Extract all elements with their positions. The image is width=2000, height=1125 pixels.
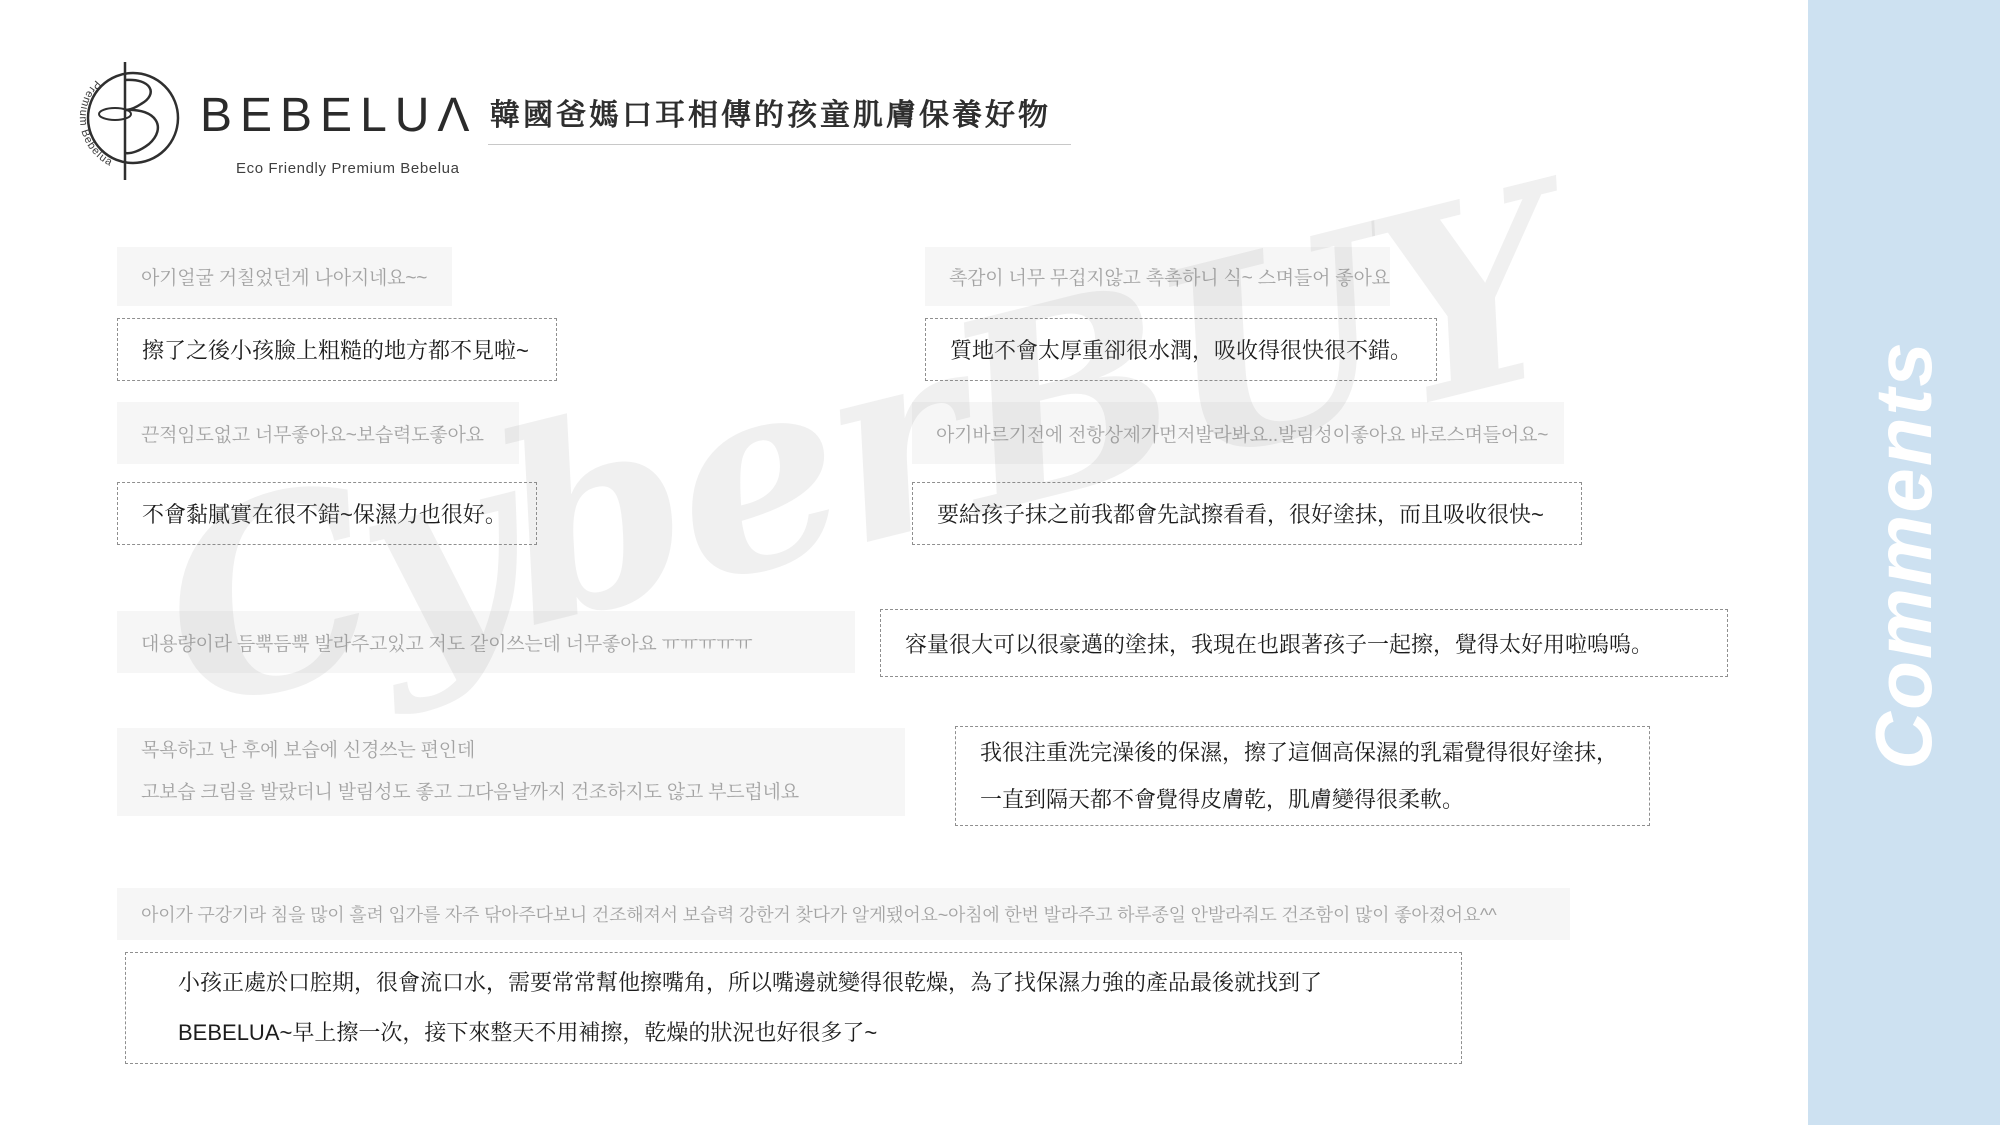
comment-chinese-4: 要給孩子抹之前我都會先試擦看看，很好塗抹，而且吸收很快~: [912, 482, 1582, 545]
brand-logo-icon: Premium Bebelua: [55, 52, 211, 192]
comment-korean-4: 아기바르기전에 전항상제가먼저발라봐요..발림성이좋아요 바로스며들어요~: [912, 402, 1564, 464]
comment-chinese-2: 質地不會太厚重卻很水潤，吸收得很快很不錯。: [925, 318, 1437, 381]
comment-korean-6: 목욕하고 난 후에 보습에 신경쓰는 편인데 고보습 크림을 발랐더니 발림성도…: [117, 728, 905, 816]
comment-korean-3: 끈적임도없고 너무좋아요~보습력도좋아요: [117, 402, 519, 464]
comment-korean-1: 아기얼굴 거칠었던게 나아지네요~~: [117, 247, 452, 306]
comment-chinese-3: 不會黏膩實在很不錯~保濕力也很好。: [117, 482, 537, 545]
comment-chinese-5: 容量很大可以很豪邁的塗抹，我現在也跟著孩子一起擦，覺得太好用啦嗚嗚。: [880, 609, 1728, 677]
brand-wordmark: BEBELUΛ: [200, 88, 477, 143]
comment-korean-2: 촉감이 너무 무겁지않고 촉촉하니 식~ 스며들어 좋아요: [925, 247, 1390, 306]
page-title: 韓國爸媽口耳相傳的孩童肌膚保養好物: [490, 90, 1051, 134]
logo-ring-text: Premium Bebelua: [77, 78, 115, 169]
comment-korean-5: 대용량이라 듬뿍듬뿍 발라주고있고 저도 같이쓰는데 너무좋아요 ㅠㅠㅠㅠㅠ: [117, 611, 855, 673]
comments-sidebar: Comments: [1808, 0, 2000, 1125]
title-underline: [488, 144, 1071, 145]
comment-chinese-6: 我很注重洗完澡後的保濕，擦了這個高保濕的乳霜覺得很好塗抹， 一直到隔天都不會覺得…: [955, 726, 1650, 826]
comment-chinese-1: 擦了之後小孩臉上粗糙的地方都不見啦~: [117, 318, 557, 381]
comments-sidebar-label: Comments: [1858, 340, 1950, 769]
svg-text:Premium Bebelua: Premium Bebelua: [77, 78, 115, 169]
comment-korean-7: 아이가 구강기라 침을 많이 흘려 입가를 자주 닦아주다보니 건조해져서 보습…: [117, 888, 1570, 940]
comment-chinese-7: 小孩正處於口腔期，很會流口水，需要常常幫他擦嘴角，所以嘴邊就變得很乾燥，為了找保…: [125, 952, 1462, 1064]
brand-tagline: Eco Friendly Premium Bebelua: [236, 160, 460, 177]
